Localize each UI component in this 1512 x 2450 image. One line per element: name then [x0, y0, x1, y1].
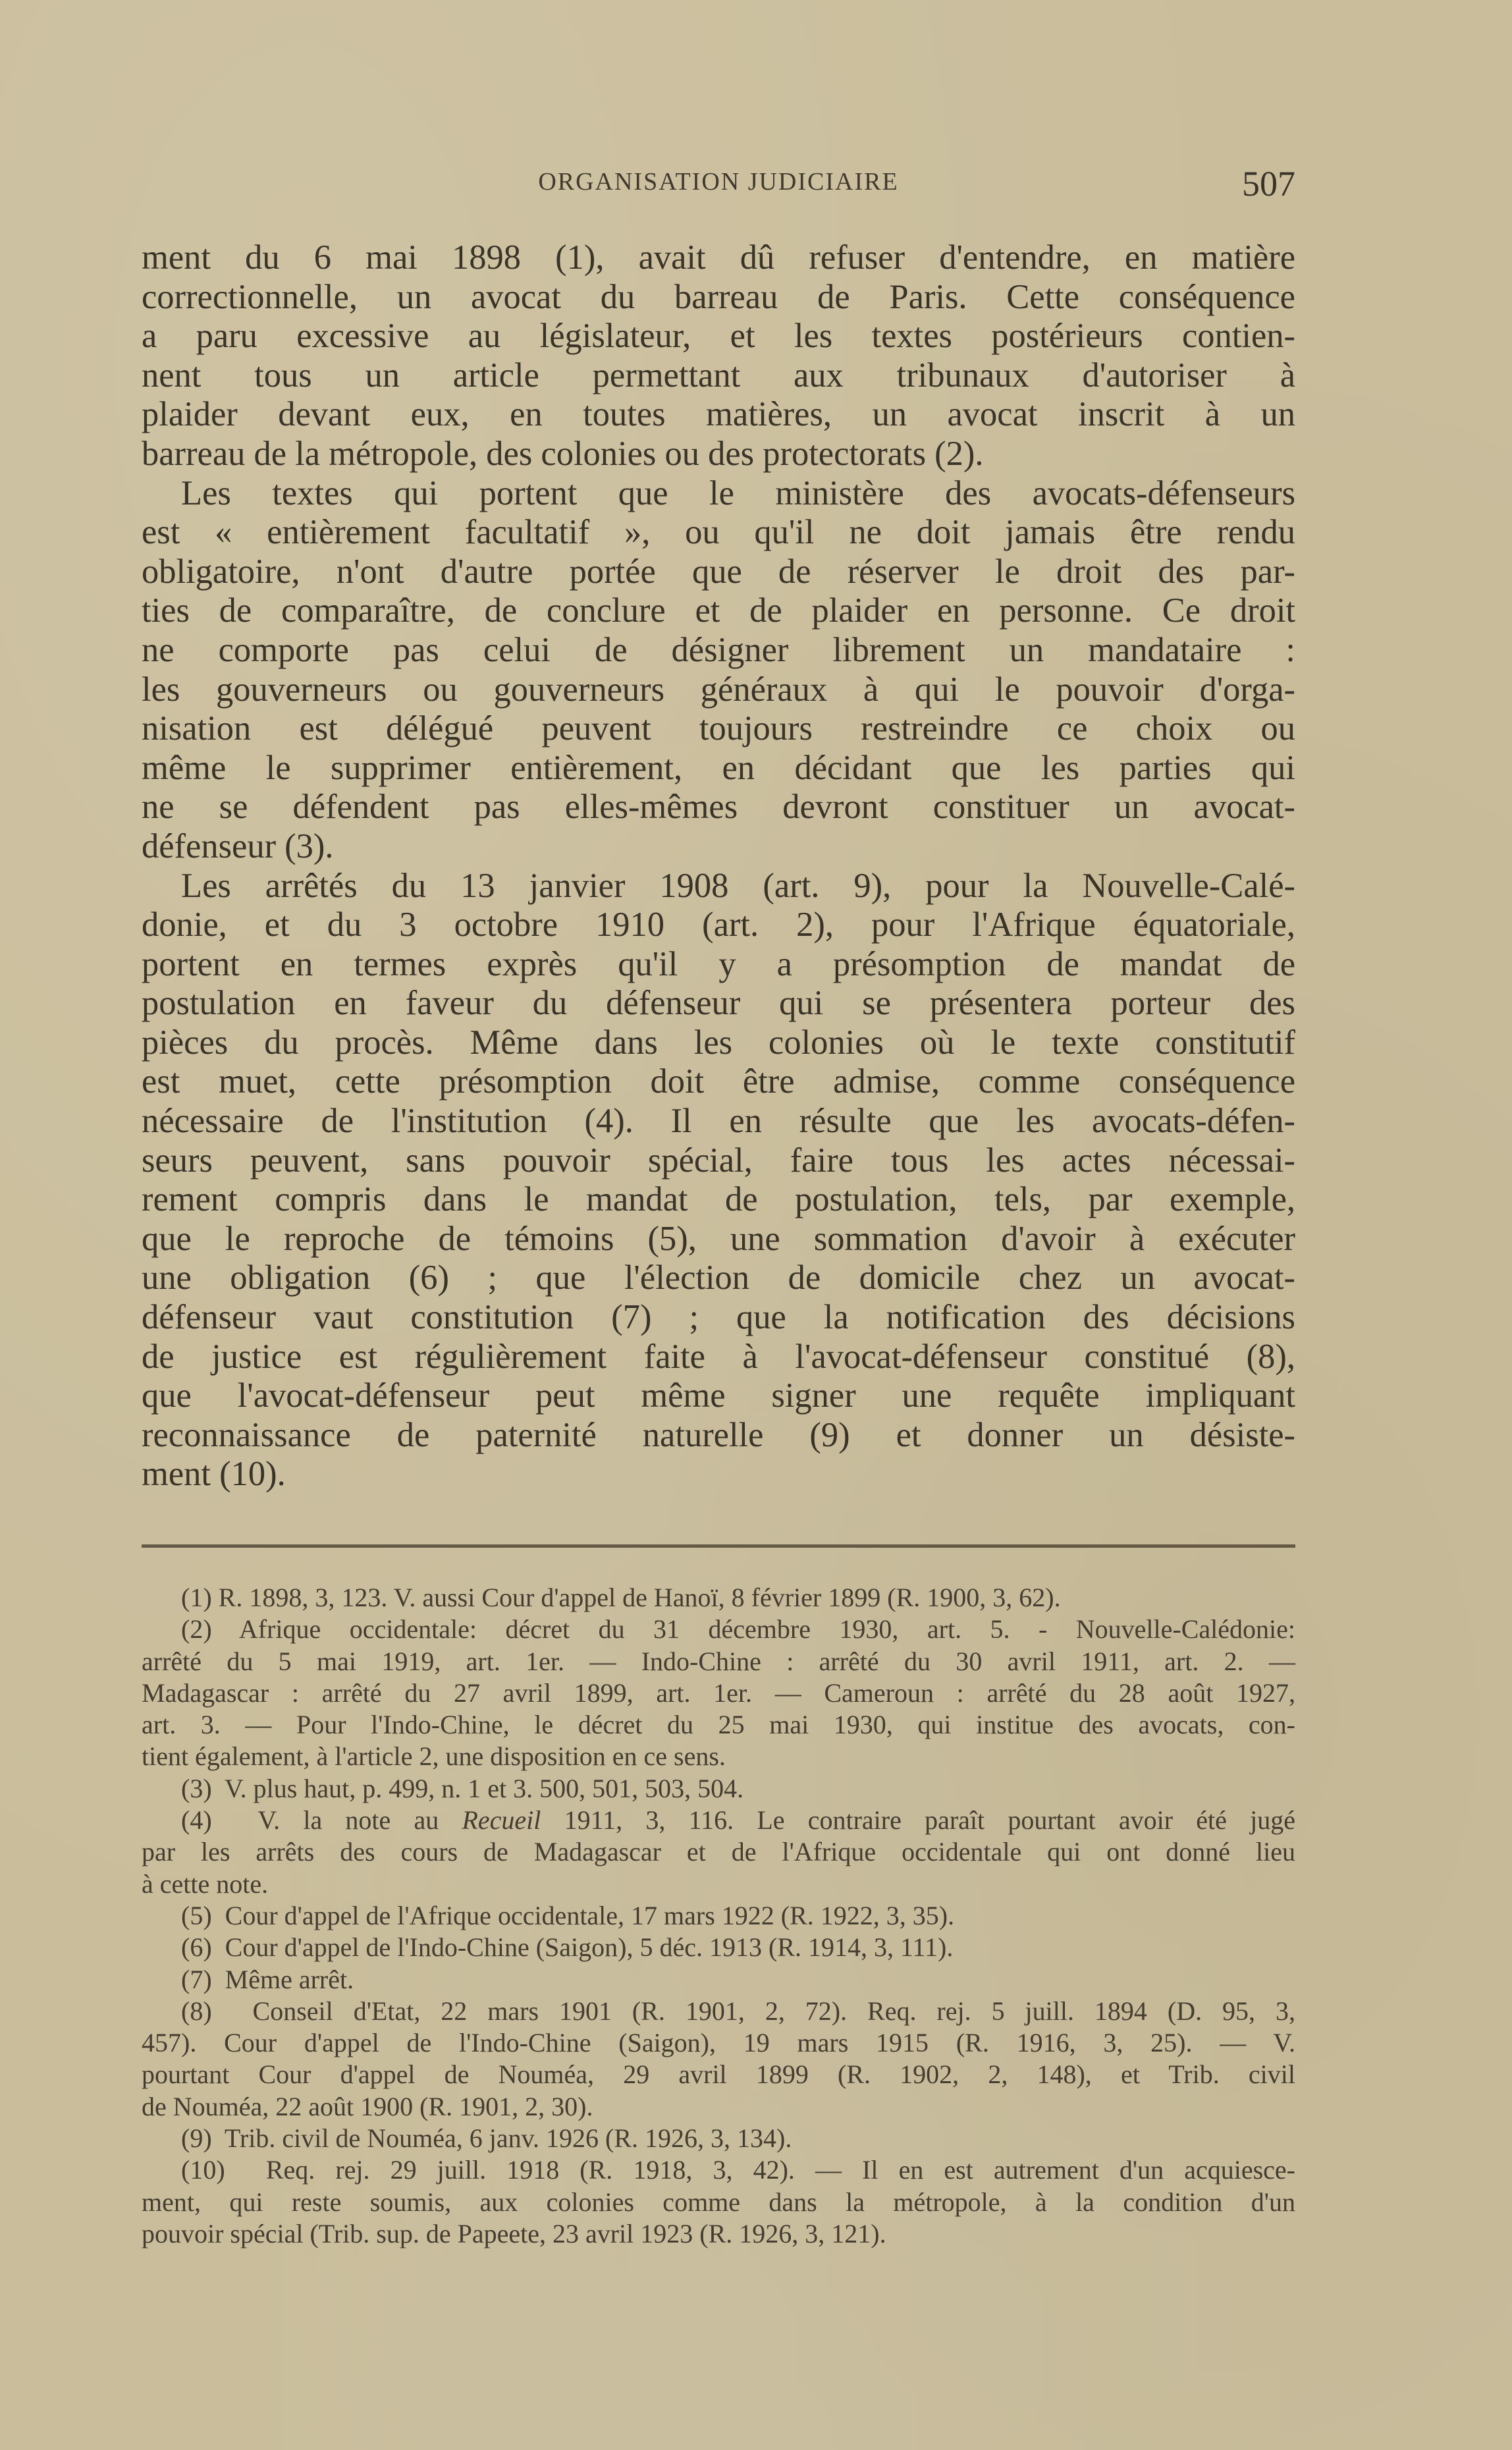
footnote-4: (4) V. la note au Recueil 1911, 3, 116. …: [142, 1805, 1295, 1900]
footnote-line: art. 3. — Pour l'Indo-Chine, le décret d…: [142, 1709, 1295, 1741]
footnote-number: (2): [181, 1614, 212, 1644]
footnote-line: (9) Trib. civil de Nouméa, 6 janv. 1926 …: [142, 2123, 1295, 2154]
text-line: une obligation (6) ; que l'élection de d…: [142, 1259, 1295, 1298]
text-line: de justice est régulièrement faite à l'a…: [142, 1338, 1295, 1377]
text-line: pièces du procès. Même dans les colonies…: [142, 1023, 1295, 1063]
footnote-number: (10): [181, 2155, 225, 2185]
footnote-line: (3) V. plus haut, p. 499, n. 1 et 3. 500…: [142, 1773, 1295, 1805]
footnote-8: (8) Conseil d'Etat, 22 mars 1901 (R. 190…: [142, 1996, 1295, 2123]
recueil-italic: Recueil: [462, 1805, 541, 1835]
footnote-7: (7) Même arrêt.: [142, 1964, 1295, 1996]
text-line: correctionnelle, un avocat du barreau de…: [142, 278, 1295, 317]
footnote-line: 457). Cour d'appel de l'Indo-Chine (Saig…: [142, 2027, 1295, 2059]
text-line: a paru excessive au législateur, et les …: [142, 317, 1295, 356]
footnote-line: (1) R. 1898, 3, 123. V. aussi Cour d'app…: [142, 1582, 1295, 1614]
paragraph-3: Les arrêtés du 13 janvier 1908 (art. 9),…: [142, 867, 1295, 1495]
footnote-line: Madagascar : arrêté du 27 avril 1899, ar…: [142, 1677, 1295, 1709]
footnote-line: de Nouméa, 22 août 1900 (R. 1901, 2, 30)…: [142, 2091, 1295, 2123]
footnote-number: (1): [181, 1583, 212, 1612]
text-line: portent en termes exprès qu'il y a préso…: [142, 945, 1295, 985]
footnote-line: (7) Même arrêt.: [142, 1964, 1295, 1996]
footnote-line: ment, qui reste soumis, aux colonies com…: [142, 2187, 1295, 2218]
body-text: ment du 6 mai 1898 (1), avait dû refuser…: [142, 238, 1295, 1494]
footnote-number: (5): [181, 1901, 212, 1930]
footnote-9: (9) Trib. civil de Nouméa, 6 janv. 1926 …: [142, 2123, 1295, 2154]
footnote-3: (3) V. plus haut, p. 499, n. 1 et 3. 500…: [142, 1773, 1295, 1805]
text-line: ties de comparaître, de conclure et de p…: [142, 591, 1295, 631]
text-line: obligatoire, n'ont d'autre portée que de…: [142, 553, 1295, 592]
footnote-2: (2) Afrique occidentale: décret du 31 dé…: [142, 1614, 1295, 1772]
footnote-line: tient également, à l'article 2, une disp…: [142, 1741, 1295, 1772]
footnote-number: (3): [181, 1774, 212, 1803]
footnote-line: (5) Cour d'appel de l'Afrique occidental…: [142, 1900, 1295, 1932]
footnote-number: (6): [181, 1932, 212, 1962]
text-line: plaider devant eux, en toutes matières, …: [142, 395, 1295, 435]
footnote-number: (4): [181, 1805, 212, 1835]
footnote-line: (10) Req. rej. 29 juill. 1918 (R. 1918, …: [142, 2154, 1295, 2186]
running-head: ORGANISATION JUDICIAIRE 507: [142, 163, 1295, 203]
footnote-line: (8) Conseil d'Etat, 22 mars 1901 (R. 190…: [142, 1996, 1295, 2027]
text-line: est muet, cette présomption doit être ad…: [142, 1062, 1295, 1102]
text-line: ment (10).: [142, 1455, 1295, 1494]
footnote-line: arrêté du 5 mai 1919, art. 1er. — Indo-C…: [142, 1646, 1295, 1677]
text-line: donie, et du 3 octobre 1910 (art. 2), po…: [142, 906, 1295, 945]
footnote-number: (9): [181, 2123, 212, 2153]
footnote-line: (6) Cour d'appel de l'Indo-Chine (Saigon…: [142, 1932, 1295, 1963]
text-line: défenseur (3).: [142, 827, 1295, 867]
paragraph-2: Les textes qui portent que le ministère …: [142, 474, 1295, 867]
text-line: les gouverneurs ou gouverneurs généraux …: [142, 670, 1295, 710]
footnote-line: (4) V. la note au Recueil 1911, 3, 116. …: [142, 1805, 1295, 1836]
text-line: que l'avocat-défenseur peut même signer …: [142, 1376, 1295, 1416]
footnote-number: (8): [181, 1996, 212, 2026]
text-line: nisation est délégué peuvent toujours re…: [142, 709, 1295, 749]
footnote-line: pourtant Cour d'appel de Nouméa, 29 avri…: [142, 2059, 1295, 2090]
footnote-rule: [142, 1544, 1295, 1548]
text-line: est « entièrement facultatif », ou qu'il…: [142, 513, 1295, 553]
paragraph-1: ment du 6 mai 1898 (1), avait dû refuser…: [142, 238, 1295, 474]
text-line: reconnaissance de paternité naturelle (9…: [142, 1416, 1295, 1456]
footnote-line: par les arrêts des cours de Madagascar e…: [142, 1836, 1295, 1868]
text-line: ne se défendent pas elles-mêmes devront …: [142, 788, 1295, 827]
text-line: nent tous un article permettant aux trib…: [142, 356, 1295, 396]
footnote-6: (6) Cour d'appel de l'Indo-Chine (Saigon…: [142, 1932, 1295, 1963]
text-line: ne comporte pas celui de désigner librem…: [142, 631, 1295, 670]
text-line: que le reproche de témoins (5), une somm…: [142, 1220, 1295, 1259]
text-line: rement compris dans le mandat de postula…: [142, 1180, 1295, 1220]
text-line: seurs peuvent, sans pouvoir spécial, fai…: [142, 1141, 1295, 1181]
footnote-line: (2) Afrique occidentale: décret du 31 dé…: [142, 1614, 1295, 1645]
footnotes: (1) R. 1898, 3, 123. V. aussi Cour d'app…: [142, 1582, 1295, 2250]
footnote-line: à cette note.: [142, 1868, 1295, 1900]
footnote-10: (10) Req. rej. 29 juill. 1918 (R. 1918, …: [142, 2154, 1295, 2250]
text-line: barreau de la métropole, des colonies ou…: [142, 435, 1295, 474]
running-title: ORGANISATION JUDICIAIRE: [142, 167, 1295, 196]
footnote-1: (1) R. 1898, 3, 123. V. aussi Cour d'app…: [142, 1582, 1295, 1614]
text-line: défenseur vaut constitution (7) ; que la…: [142, 1298, 1295, 1338]
footnote-number: (7): [181, 1965, 212, 1994]
text-line: même le supprimer entièrement, en décida…: [142, 749, 1295, 788]
text-line: nécessaire de l'institution (4). Il en r…: [142, 1102, 1295, 1141]
text-line: Les textes qui portent que le ministère …: [142, 474, 1295, 514]
footnote-line: pouvoir spécial (Trib. sup. de Papeete, …: [142, 2218, 1295, 2250]
text-line: ment du 6 mai 1898 (1), avait dû refuser…: [142, 238, 1295, 278]
footnote-5: (5) Cour d'appel de l'Afrique occidental…: [142, 1900, 1295, 1932]
text-line: postulation en faveur du défenseur qui s…: [142, 984, 1295, 1023]
page-number: 507: [1242, 163, 1295, 204]
text-line: Les arrêtés du 13 janvier 1908 (art. 9),…: [142, 867, 1295, 906]
